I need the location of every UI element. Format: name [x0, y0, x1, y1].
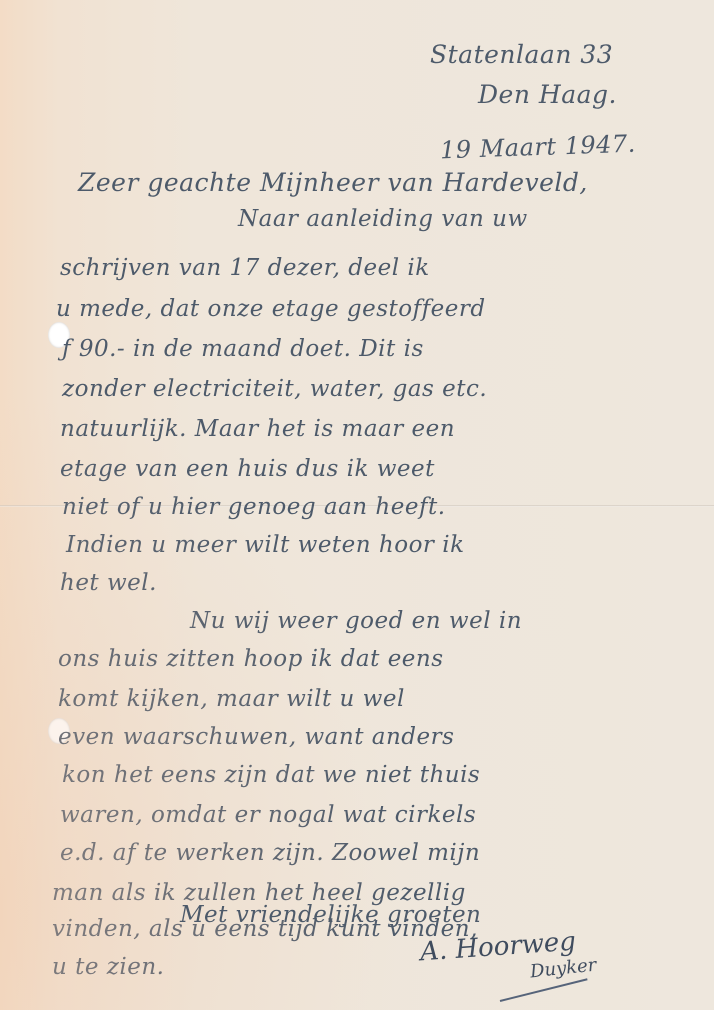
body-line: zonder electriciteit, water, gas etc.	[62, 376, 487, 402]
body-line: Nu wij weer goed en wel in	[190, 608, 522, 634]
salutation: Zeer geachte Mijnheer van Hardeveld,	[78, 168, 588, 197]
body-line: Indien u meer wilt weten hoor ik	[66, 532, 465, 558]
body-line: ƒ 90.- in de maand doet. Dit is	[62, 336, 424, 362]
closing: Met vriendelijke groeten	[180, 902, 481, 928]
body-line: even waarschuwen, want anders	[58, 724, 454, 750]
body-line: het wel.	[60, 570, 157, 596]
body-line: niet of u hier genoeg aan heeft.	[62, 494, 446, 520]
body-line: kon het eens zijn dat we niet thuis	[62, 762, 480, 788]
body-line: natuurlijk. Maar het is maar een	[60, 416, 455, 442]
body-line: u te zien.	[52, 954, 165, 980]
sender-street: Statenlaan 33	[430, 40, 613, 69]
body-line: waren, omdat er nogal wat cirkels	[60, 802, 476, 828]
sender-city: Den Haag.	[478, 80, 617, 109]
body-line: e.d. af te werken zijn. Zoowel mijn	[60, 840, 480, 866]
body-line: schrijven van 17 dezer, deel ik	[60, 255, 430, 281]
body-line: Naar aanleiding van uw	[238, 206, 528, 232]
letter-paper: Statenlaan 33 Den Haag. 19 Maart 1947. Z…	[0, 0, 714, 1010]
body-line: etage van een huis dus ik weet	[60, 456, 435, 482]
letter-date: 19 Maart 1947.	[440, 130, 637, 165]
body-line: ons huis zitten hoop ik dat eens	[58, 646, 444, 672]
body-line: komt kijken, maar wilt u wel	[58, 686, 405, 712]
body-line: u mede, dat onze etage gestoffeerd	[56, 296, 486, 322]
